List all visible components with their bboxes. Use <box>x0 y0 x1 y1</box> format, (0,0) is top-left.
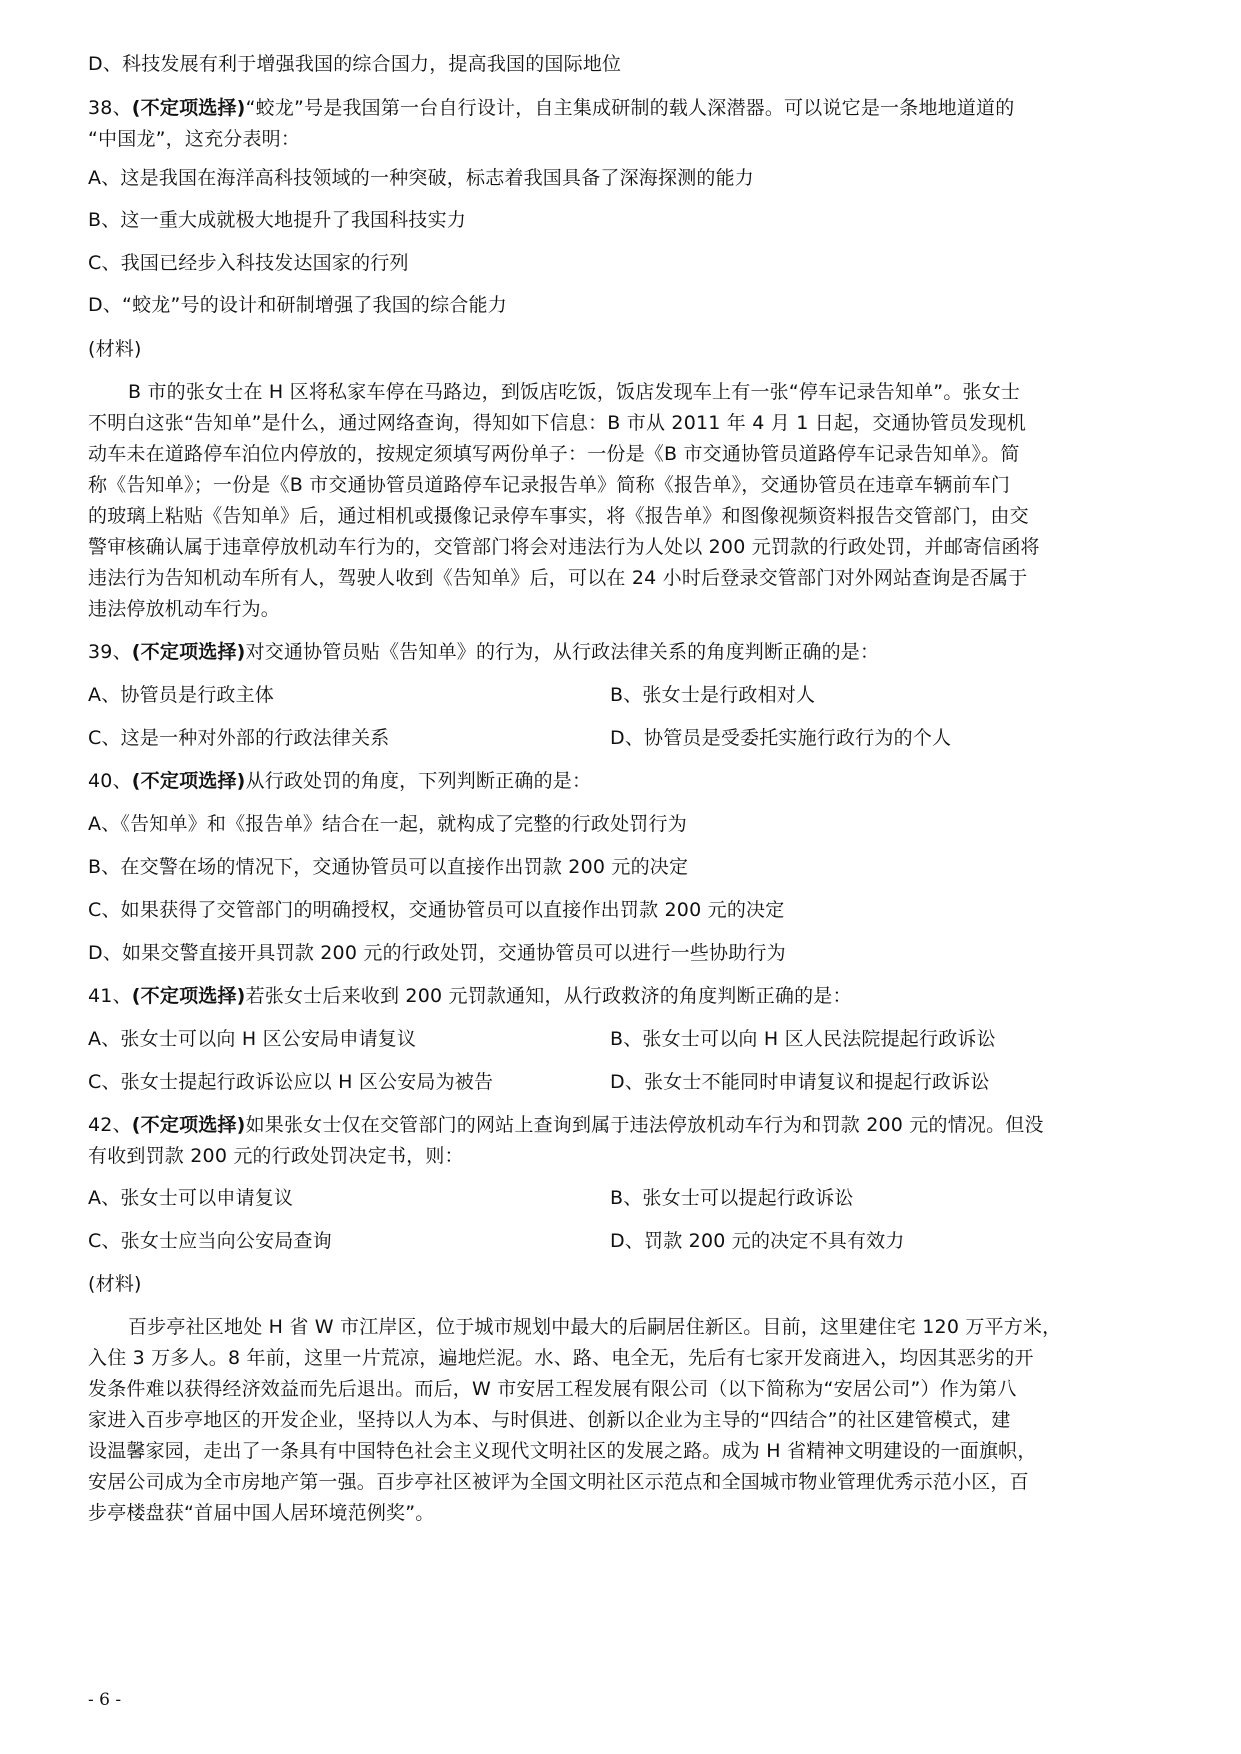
q39-option-a: A、协管员是行政主体 <box>88 683 274 707</box>
material-line: 警审核确认属于违章停放机动车行为的，交管部门将会对违法行为人处以 200 元罚款… <box>88 535 1040 559</box>
question-41-stem: 41、(不定项选择)若张女士后来收到 200 元罚款通知，从行政救济的角度判断正… <box>88 984 852 1008</box>
question-text: 对交通协管员贴《告知单》的行为，从行政法律关系的角度判断正确的是： <box>246 641 880 663</box>
material-line: 违法行为告知机动车所有人，驾驶人收到《告知单》后，可以在 24 小时后登录交管部… <box>88 566 1027 590</box>
q42-option-a: A、张女士可以申请复议 <box>88 1186 293 1210</box>
material-label: (材料) <box>88 1272 142 1296</box>
material-line: 不明白这张“告知单”是什么，通过网络查询，得知如下信息：B 市从 2011 年 … <box>88 411 1026 435</box>
q40-option-b: B、在交警在场的情况下，交通协管员可以直接作出罚款 200 元的决定 <box>88 855 688 879</box>
q39-option-d: D、协管员是受委托实施行政行为的个人 <box>610 726 951 750</box>
question-42-stem-cont: 有收到罚款 200 元的行政处罚决定书，则： <box>88 1144 464 1168</box>
q42-option-b: B、张女士可以提起行政诉讼 <box>610 1186 854 1210</box>
q40-option-a: A、《告知单》和《报告单》结合在一起，就构成了完整的行政处罚行为 <box>88 812 687 836</box>
question-42-stem: 42、(不定项选择)如果张女士仅在交管部门的网站上查询到属于违法停放机动车行为和… <box>88 1113 1044 1137</box>
question-text: 从行政处罚的角度，下列判断正确的是： <box>246 770 592 792</box>
q42-option-c: C、张女士应当向公安局查询 <box>88 1229 332 1253</box>
question-type: (不定项选择) <box>132 1114 246 1136</box>
question-39-stem: 39、(不定项选择)对交通协管员贴《告知单》的行为，从行政法律关系的角度判断正确… <box>88 640 879 664</box>
material-line: 发条件难以获得经济效益而先后退出。而后，W 市安居工程发展有限公司（以下简称为“… <box>88 1377 1017 1401</box>
q41-option-a: A、张女士可以向 H 区公安局申请复议 <box>88 1027 416 1051</box>
q38-option-b: B、这一重大成就极大地提升了我国科技实力 <box>88 208 466 232</box>
q40-option-c: C、如果获得了交管部门的明确授权，交通协管员可以直接作出罚款 200 元的决定 <box>88 898 784 922</box>
question-number: 38、 <box>88 97 132 119</box>
question-number: 41、 <box>88 985 132 1007</box>
page-number: - 6 - <box>88 1690 121 1710</box>
question-38-stem-cont: “中国龙”，这充分表明： <box>88 127 300 151</box>
question-type: (不定项选择) <box>132 97 246 119</box>
material-line: 称《告知单》；一份是《B 市交通协管员道路停车记录报告单》简称《报告单》，交通协… <box>88 473 1010 497</box>
material-line: 家进入百步亭地区的开发企业，坚持以人为本、与时俱进、创新以企业为主导的“四结合”… <box>88 1408 1011 1432</box>
q38-option-d: D、“蛟龙”号的设计和研制增强了我国的综合能力 <box>88 293 507 317</box>
material-label: (材料) <box>88 337 142 361</box>
q38-option-c: C、我国已经步入科技发达国家的行列 <box>88 251 409 275</box>
material-line: B 市的张女士在 H 区将私家车停在马路边，到饭店吃饭，饭店发现车上有一张“停车… <box>128 380 1020 404</box>
q41-option-c: C、张女士提起行政诉讼应以 H 区公安局为被告 <box>88 1070 493 1094</box>
question-type: (不定项选择) <box>132 770 246 792</box>
q39-option-b: B、张女士是行政相对人 <box>610 683 815 707</box>
question-number: 40、 <box>88 770 132 792</box>
q41-option-d: D、张女士不能同时申请复议和提起行政诉讼 <box>610 1070 990 1094</box>
material-line: 动车未在道路停车泊位内停放的，按规定须填写两份单子：一份是《B 市交通协管员道路… <box>88 442 1020 466</box>
q40-option-d: D、如果交警直接开具罚款 200 元的行政处罚，交通协管员可以进行一些协助行为 <box>88 941 786 965</box>
material-line: 安居公司成为全市房地产第一强。百步亭社区被评为全国文明社区示范点和全国城市物业管… <box>88 1470 1029 1494</box>
q38-option-a: A、这是我国在海洋高科技领域的一种突破，标志着我国具备了深海探测的能力 <box>88 166 754 190</box>
question-38-stem: 38、(不定项选择)“蛟龙”号是我国第一台自行设计，自主集成研制的载人深潜器。可… <box>88 96 1014 120</box>
material-line: 百步亭社区地处 H 省 W 市江岸区，位于城市规划中最大的后嗣居住新区。目前，这… <box>128 1315 1061 1339</box>
question-type: (不定项选择) <box>132 985 246 1007</box>
material-line: 违法停放机动车行为。 <box>88 597 280 621</box>
q42-option-d: D、罚款 200 元的决定不具有效力 <box>610 1229 905 1253</box>
question-text: “蛟龙”号是我国第一台自行设计，自主集成研制的载人深潜器。可以说它是一条地地道道… <box>246 97 1015 119</box>
prev-option-d: D、科技发展有利于增强我国的综合国力，提高我国的国际地位 <box>88 52 621 76</box>
question-text: 若张女士后来收到 200 元罚款通知，从行政救济的角度判断正确的是： <box>246 985 852 1007</box>
question-text: 如果张女士仅在交管部门的网站上查询到属于违法停放机动车行为和罚款 200 元的情… <box>246 1114 1044 1136</box>
question-number: 39、 <box>88 641 132 663</box>
question-number: 42、 <box>88 1114 132 1136</box>
question-40-stem: 40、(不定项选择)从行政处罚的角度，下列判断正确的是： <box>88 769 591 793</box>
material-line: 入住 3 万多人。8 年前，这里一片荒凉，遍地烂泥。水、路、电全无，先后有七家开… <box>88 1346 1034 1370</box>
material-line: 步亭楼盘获“首届中国人居环境范例奖”。 <box>88 1501 435 1525</box>
q39-option-c: C、这是一种对外部的行政法律关系 <box>88 726 389 750</box>
document-page: D、科技发展有利于增强我国的综合国力，提高我国的国际地位 38、(不定项选择)“… <box>0 0 1241 1754</box>
question-type: (不定项选择) <box>132 641 246 663</box>
material-line: 的玻璃上粘贴《告知单》后，通过相机或摄像记录停车事实，将《报告单》和图像视频资料… <box>88 504 1029 528</box>
q41-option-b: B、张女士可以向 H 区人民法院提起行政诉讼 <box>610 1027 996 1051</box>
material-line: 设温馨家园，走出了一条具有中国特色社会主义现代文明社区的发展之路。成为 H 省精… <box>88 1439 1037 1463</box>
